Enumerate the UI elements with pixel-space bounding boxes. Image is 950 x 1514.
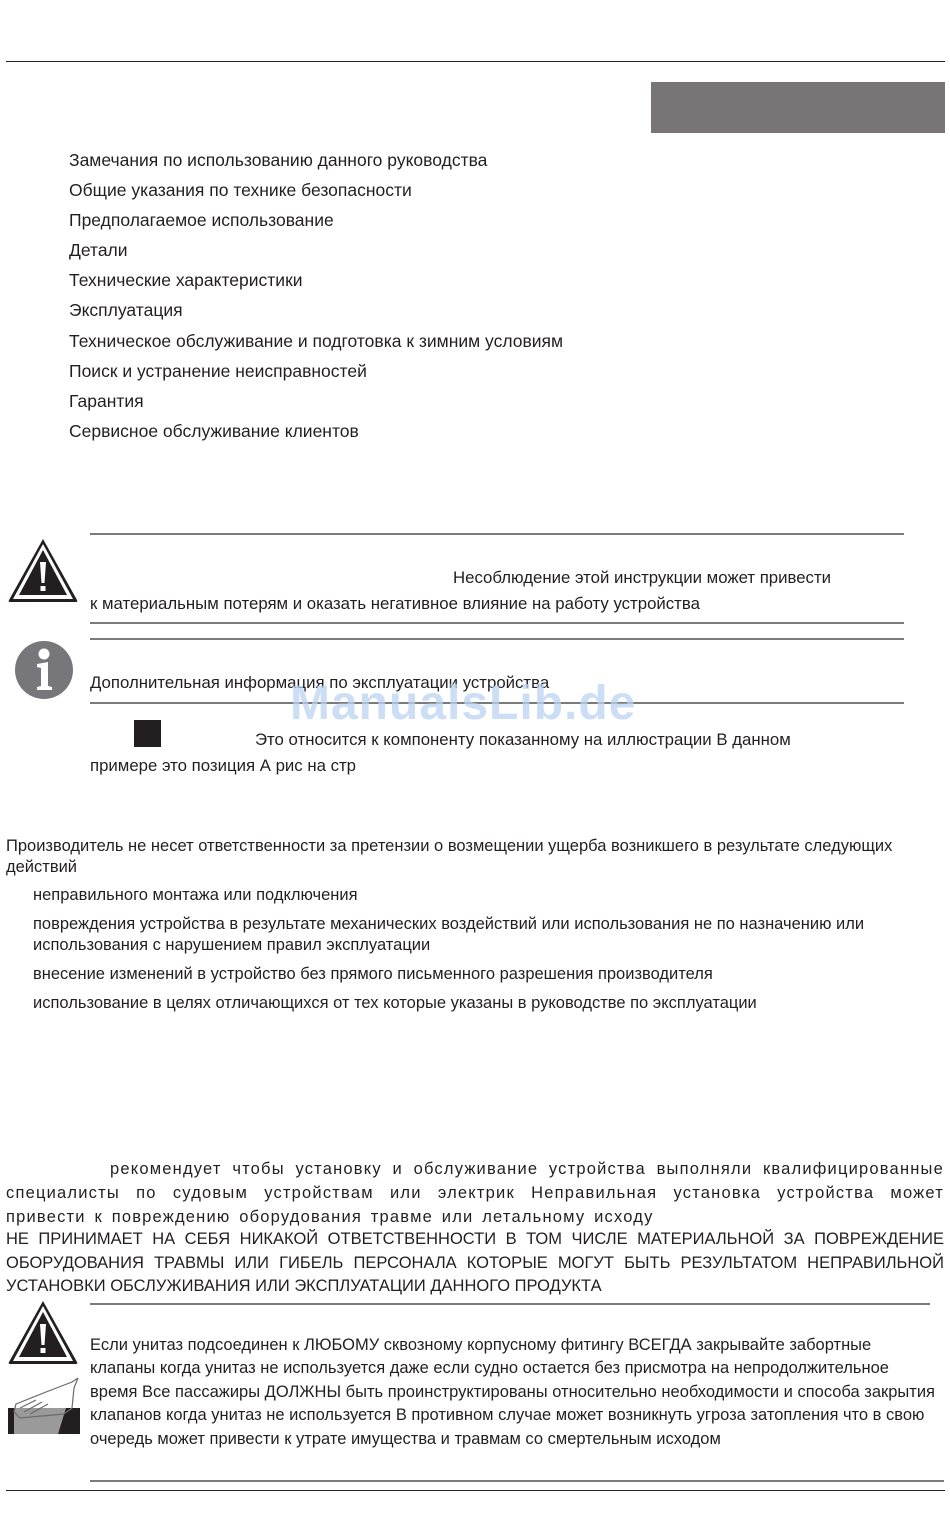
warning-triangle-icon bbox=[6, 1298, 80, 1366]
toc-item[interactable]: Поиск и устранение неисправностей bbox=[69, 359, 563, 389]
reference-text: Это относится к компоненту показанному н… bbox=[255, 730, 791, 750]
flood-warning-text: Если унитаз подсоединен к ЛЮБОМУ сквозно… bbox=[90, 1334, 940, 1451]
list-item: использование в целях отличающихся от те… bbox=[33, 993, 943, 1014]
watermark: ManualsLib.de bbox=[290, 676, 636, 731]
notice-rule bbox=[90, 533, 904, 535]
header-rule bbox=[6, 61, 945, 62]
disclaimer-paragraph: НЕ ПРИНИМАЕТ НА СЕБЯ НИКАКОЙ ОТВЕТСТВЕНН… bbox=[6, 1228, 944, 1299]
notice-rule bbox=[90, 1480, 944, 1482]
flooding-hand-icon bbox=[6, 1378, 80, 1434]
toc-item[interactable]: Общие указания по технике безопасности bbox=[69, 178, 563, 208]
liability-list: неправильного монтажа или подключения по… bbox=[33, 885, 943, 1022]
notice-rule bbox=[90, 1303, 930, 1305]
liability-intro: Производитель не несет ответственности з… bbox=[6, 836, 926, 877]
list-item: внесение изменений в устройство без прям… bbox=[33, 964, 943, 985]
list-item: повреждения устройства в результате меха… bbox=[33, 914, 943, 955]
warning-text: к материальным потерям и оказать негатив… bbox=[90, 594, 700, 614]
toc-item[interactable]: Техническое обслуживание и подготовка к … bbox=[69, 329, 563, 359]
toc-item[interactable]: Сервисное обслуживание клиентов bbox=[69, 419, 563, 449]
warning-text: Несоблюдение этой инструкции может приве… bbox=[453, 568, 831, 588]
section-tab bbox=[651, 82, 945, 133]
list-item: неправильного монтажа или подключения bbox=[33, 885, 943, 906]
notice-rule bbox=[90, 622, 904, 624]
recommendation-text: рекомендует чтобы установку и обслуживан… bbox=[6, 1160, 944, 1226]
footer-rule bbox=[6, 1490, 945, 1491]
black-square-icon bbox=[134, 720, 161, 747]
table-of-contents: Замечания по использованию данного руков… bbox=[69, 148, 563, 449]
info-circle-icon bbox=[14, 640, 74, 700]
reference-text: примере это позиция А рис на стр bbox=[90, 756, 356, 776]
notice-rule bbox=[90, 638, 904, 640]
toc-item[interactable]: Детали bbox=[69, 238, 563, 268]
toc-item[interactable]: Предполагаемое использование bbox=[69, 208, 563, 238]
recommendation-paragraph: рекомендует чтобы установку и обслуживан… bbox=[6, 1157, 944, 1229]
toc-item[interactable]: Гарантия bbox=[69, 389, 563, 419]
toc-item[interactable]: Эксплуатация bbox=[69, 298, 563, 328]
toc-item[interactable]: Технические характеристики bbox=[69, 268, 563, 298]
warning-triangle-icon bbox=[6, 536, 80, 604]
toc-item[interactable]: Замечания по использованию данного руков… bbox=[69, 148, 563, 178]
